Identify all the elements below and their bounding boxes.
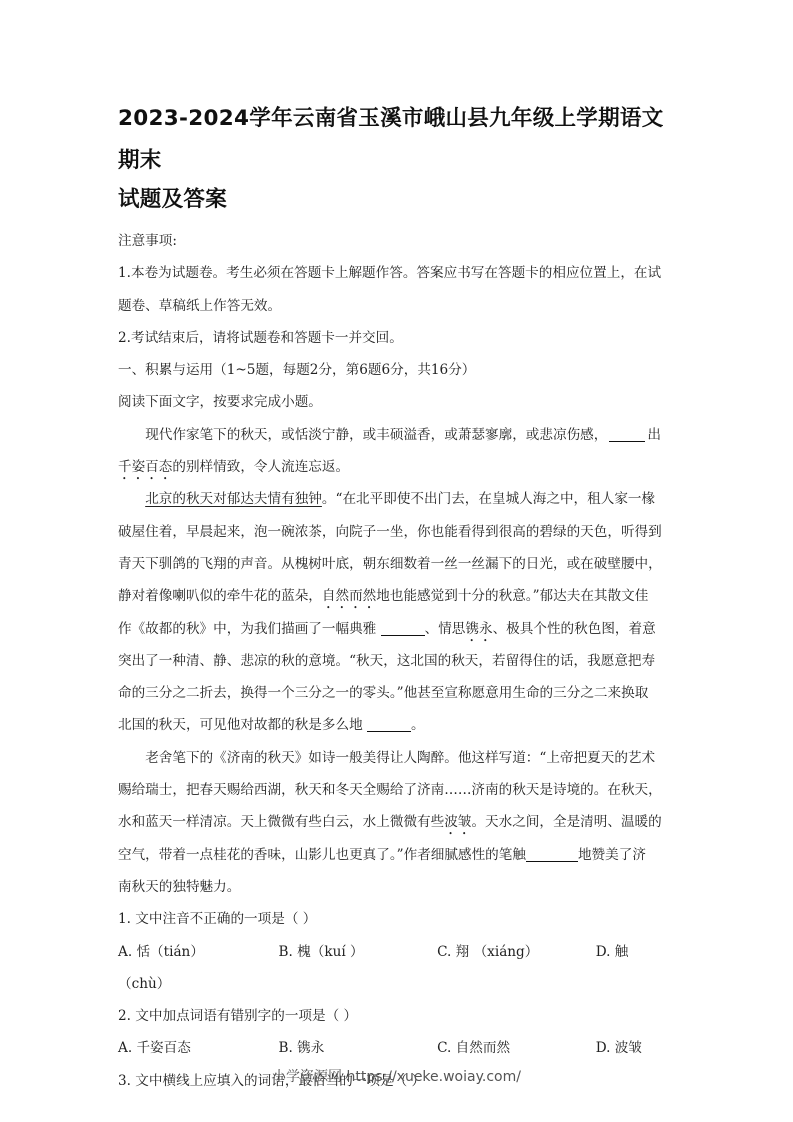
paragraph-row: 北京的秋天对郁达夫情有独钟。“在北平即使不出门去，在皇城人海之中，租人家一椽 (118, 483, 674, 515)
notice-item-2: 2.考试结束后，请将试题卷和答题卡一并交回。 (118, 322, 674, 354)
exam-page: 2023-2024学年云南省玉溪市峨山县九年级上学期语文期末 试题及答案 注意事… (118, 98, 674, 1097)
document-title-line-2: 试题及答案 (118, 179, 674, 221)
notice-heading: 注意事项: (118, 225, 674, 257)
emphasized-word: 镌永 (465, 621, 492, 637)
paragraph-row: 水和蓝天一样清凉。天上微微有些白云，水上微微有些波皱。天水之间，全是清明、温暖的 (118, 806, 674, 838)
document-title-line-1: 2023-2024学年云南省玉溪市峨山县九年级上学期语文期末 (118, 98, 674, 182)
text: 、极具个性的秋色图，着意 (493, 621, 656, 637)
text: 出 (647, 427, 661, 443)
text: 作《故都的秋》中，为我们描画了一幅典雅 (118, 621, 381, 637)
question-2-stem: 2. 文中加点词语有错别字的一项是（ ） (118, 1000, 674, 1032)
emphasized-word: 千姿百态 (118, 459, 172, 475)
text: 北国的秋天，可见他对故都的秋是多么地 (118, 717, 367, 733)
paragraph-row: 作《故都的秋》中，为我们描画了一幅典雅 、情思镌永、极具个性的秋色图，着意 (118, 613, 674, 645)
option-a[interactable]: A. 千姿百态 (118, 1032, 279, 1064)
text: 现代作家笔下的秋天，或恬淡宁静，或丰硕溢香，或萧瑟寥廓，或悲凉伤感， (145, 427, 607, 443)
paragraph-row: 南秋天的独特魅力。 (118, 871, 674, 903)
question-1-stem: 1. 文中注音不正确的一项是（ ） (118, 903, 674, 935)
watermark-footer: 小学资源网 https://xueke.woiay.com/ (0, 1066, 793, 1086)
text: 。“在北平即使不出门去，在皇城人海之中，租人家一椽 (322, 491, 655, 507)
notice-item-1: 1.本卷为试题卷。考生必须在答题卡上解题作答。答案应书写在答题卡的相应位置上，在… (118, 257, 674, 289)
paragraph-row: 现代作家笔下的秋天，或恬淡宁静，或丰硕溢香，或萧瑟寥廓，或悲凉伤感，出 (118, 419, 674, 451)
paragraph-row: 静对着像喇叭似的牵牛花的蓝朵，自然而然地也能感觉到十分的秋意。”郁达夫在其散文佳 (118, 580, 674, 612)
fill-blank (609, 425, 645, 442)
notice-item-1-cont: 题卷、草稿纸上作答无效。 (118, 290, 674, 322)
fill-blank (381, 619, 425, 636)
reading-instruction: 阅读下面文字，按要求完成小题。 (118, 386, 674, 418)
text: 的别样情致，令人流连忘返。 (172, 459, 349, 475)
section-heading: 一、积累与运用（1~5题，每题2分，第6题6分，共16分） (118, 354, 674, 386)
paragraph-row: 千姿百态的别样情致，令人流连忘返。 (118, 451, 674, 483)
question-1-options: A. 恬（tián） B. 槐（kuí ） C. 翔 （xiáng） D. 触 (118, 936, 674, 968)
paragraph-row: 破屋住着，早晨起来，泡一碗浓茶，向院子一坐，你也能看得到很高的碧绿的天色，听得到 (118, 516, 674, 548)
option-d[interactable]: D. 波皱 (596, 1032, 674, 1064)
text: 水和蓝天一样清凉。天上微微有些白云，水上微微有些 (118, 814, 444, 830)
text: 。 (411, 717, 425, 733)
fill-blank (526, 845, 578, 862)
passage-paragraph-2: 北京的秋天对郁达夫情有独钟。“在北平即使不出门去，在皇城人海之中，租人家一椽 破… (118, 483, 674, 741)
option-b[interactable]: B. 镌永 (279, 1032, 438, 1064)
paragraph-row: 突出了一种清、静、悲凉的秋的意境。“秋天，这北国的秋天，若留得住的话，我愿意把寿 (118, 645, 674, 677)
text: 。天水之间，全是清明、温暖的 (471, 814, 661, 830)
option-c[interactable]: C. 翔 （xiáng） (437, 936, 596, 968)
text: 静对着像喇叭似的牵牛花的蓝朵， (118, 588, 322, 604)
option-c[interactable]: C. 自然而然 (437, 1032, 596, 1064)
text: 地也能感觉到十分的秋意。”郁达夫在其散文佳 (376, 588, 648, 604)
text: 地赞美了济 (578, 847, 646, 863)
emphasized-word: 自然而然 (322, 588, 376, 604)
paragraph-row: 北国的秋天，可见他对故都的秋是多么地 。 (118, 709, 674, 741)
paragraph-row: 青天下驯鸽的飞翔的声音。从槐树叶底，朝东细数着一丝一丝漏下的日光，或在破壁腰中， (118, 548, 674, 580)
text: 空气，带着一点桂花的香味，山影儿也更真了。”作者细腻感性的笔触 (118, 847, 526, 863)
text: 、情思 (425, 621, 466, 637)
paragraph-row: 老舍笔下的《济南的秋天》如诗一般美得让人陶醉。他这样写道：“上帝把夏天的艺术 (118, 742, 674, 774)
passage-paragraph-3: 老舍笔下的《济南的秋天》如诗一般美得让人陶醉。他这样写道：“上帝把夏天的艺术 赐… (118, 742, 674, 903)
paragraph-row: 命的三分之二折去，换得一个三分之一的零头。”他甚至宣称愿意用生命的三分之二来换取 (118, 677, 674, 709)
question-2-options: A. 千姿百态 B. 镌永 C. 自然而然 D. 波皱 (118, 1032, 674, 1064)
paragraph-row: 空气，带着一点桂花的香味，山影儿也更真了。”作者细腻感性的笔触地赞美了济 (118, 839, 674, 871)
passage-paragraph-1: 现代作家笔下的秋天，或恬淡宁静，或丰硕溢香，或萧瑟寥廓，或悲凉伤感，出 千姿百态… (118, 419, 674, 484)
option-d-pinyin: （chù） (118, 968, 674, 1000)
fill-blank (367, 715, 411, 732)
paragraph-row: 赐给瑞士，把春天赐给西湖，秋天和冬天全赐给了济南……济南的秋天是诗境的。在秋天， (118, 774, 674, 806)
underlined-sentence: 北京的秋天对郁达夫情有独钟 (145, 491, 322, 507)
option-d[interactable]: D. 触 (596, 936, 674, 968)
option-b[interactable]: B. 槐（kuí ） (279, 936, 438, 968)
emphasized-word: 波皱 (444, 814, 471, 830)
option-a[interactable]: A. 恬（tián） (118, 936, 279, 968)
